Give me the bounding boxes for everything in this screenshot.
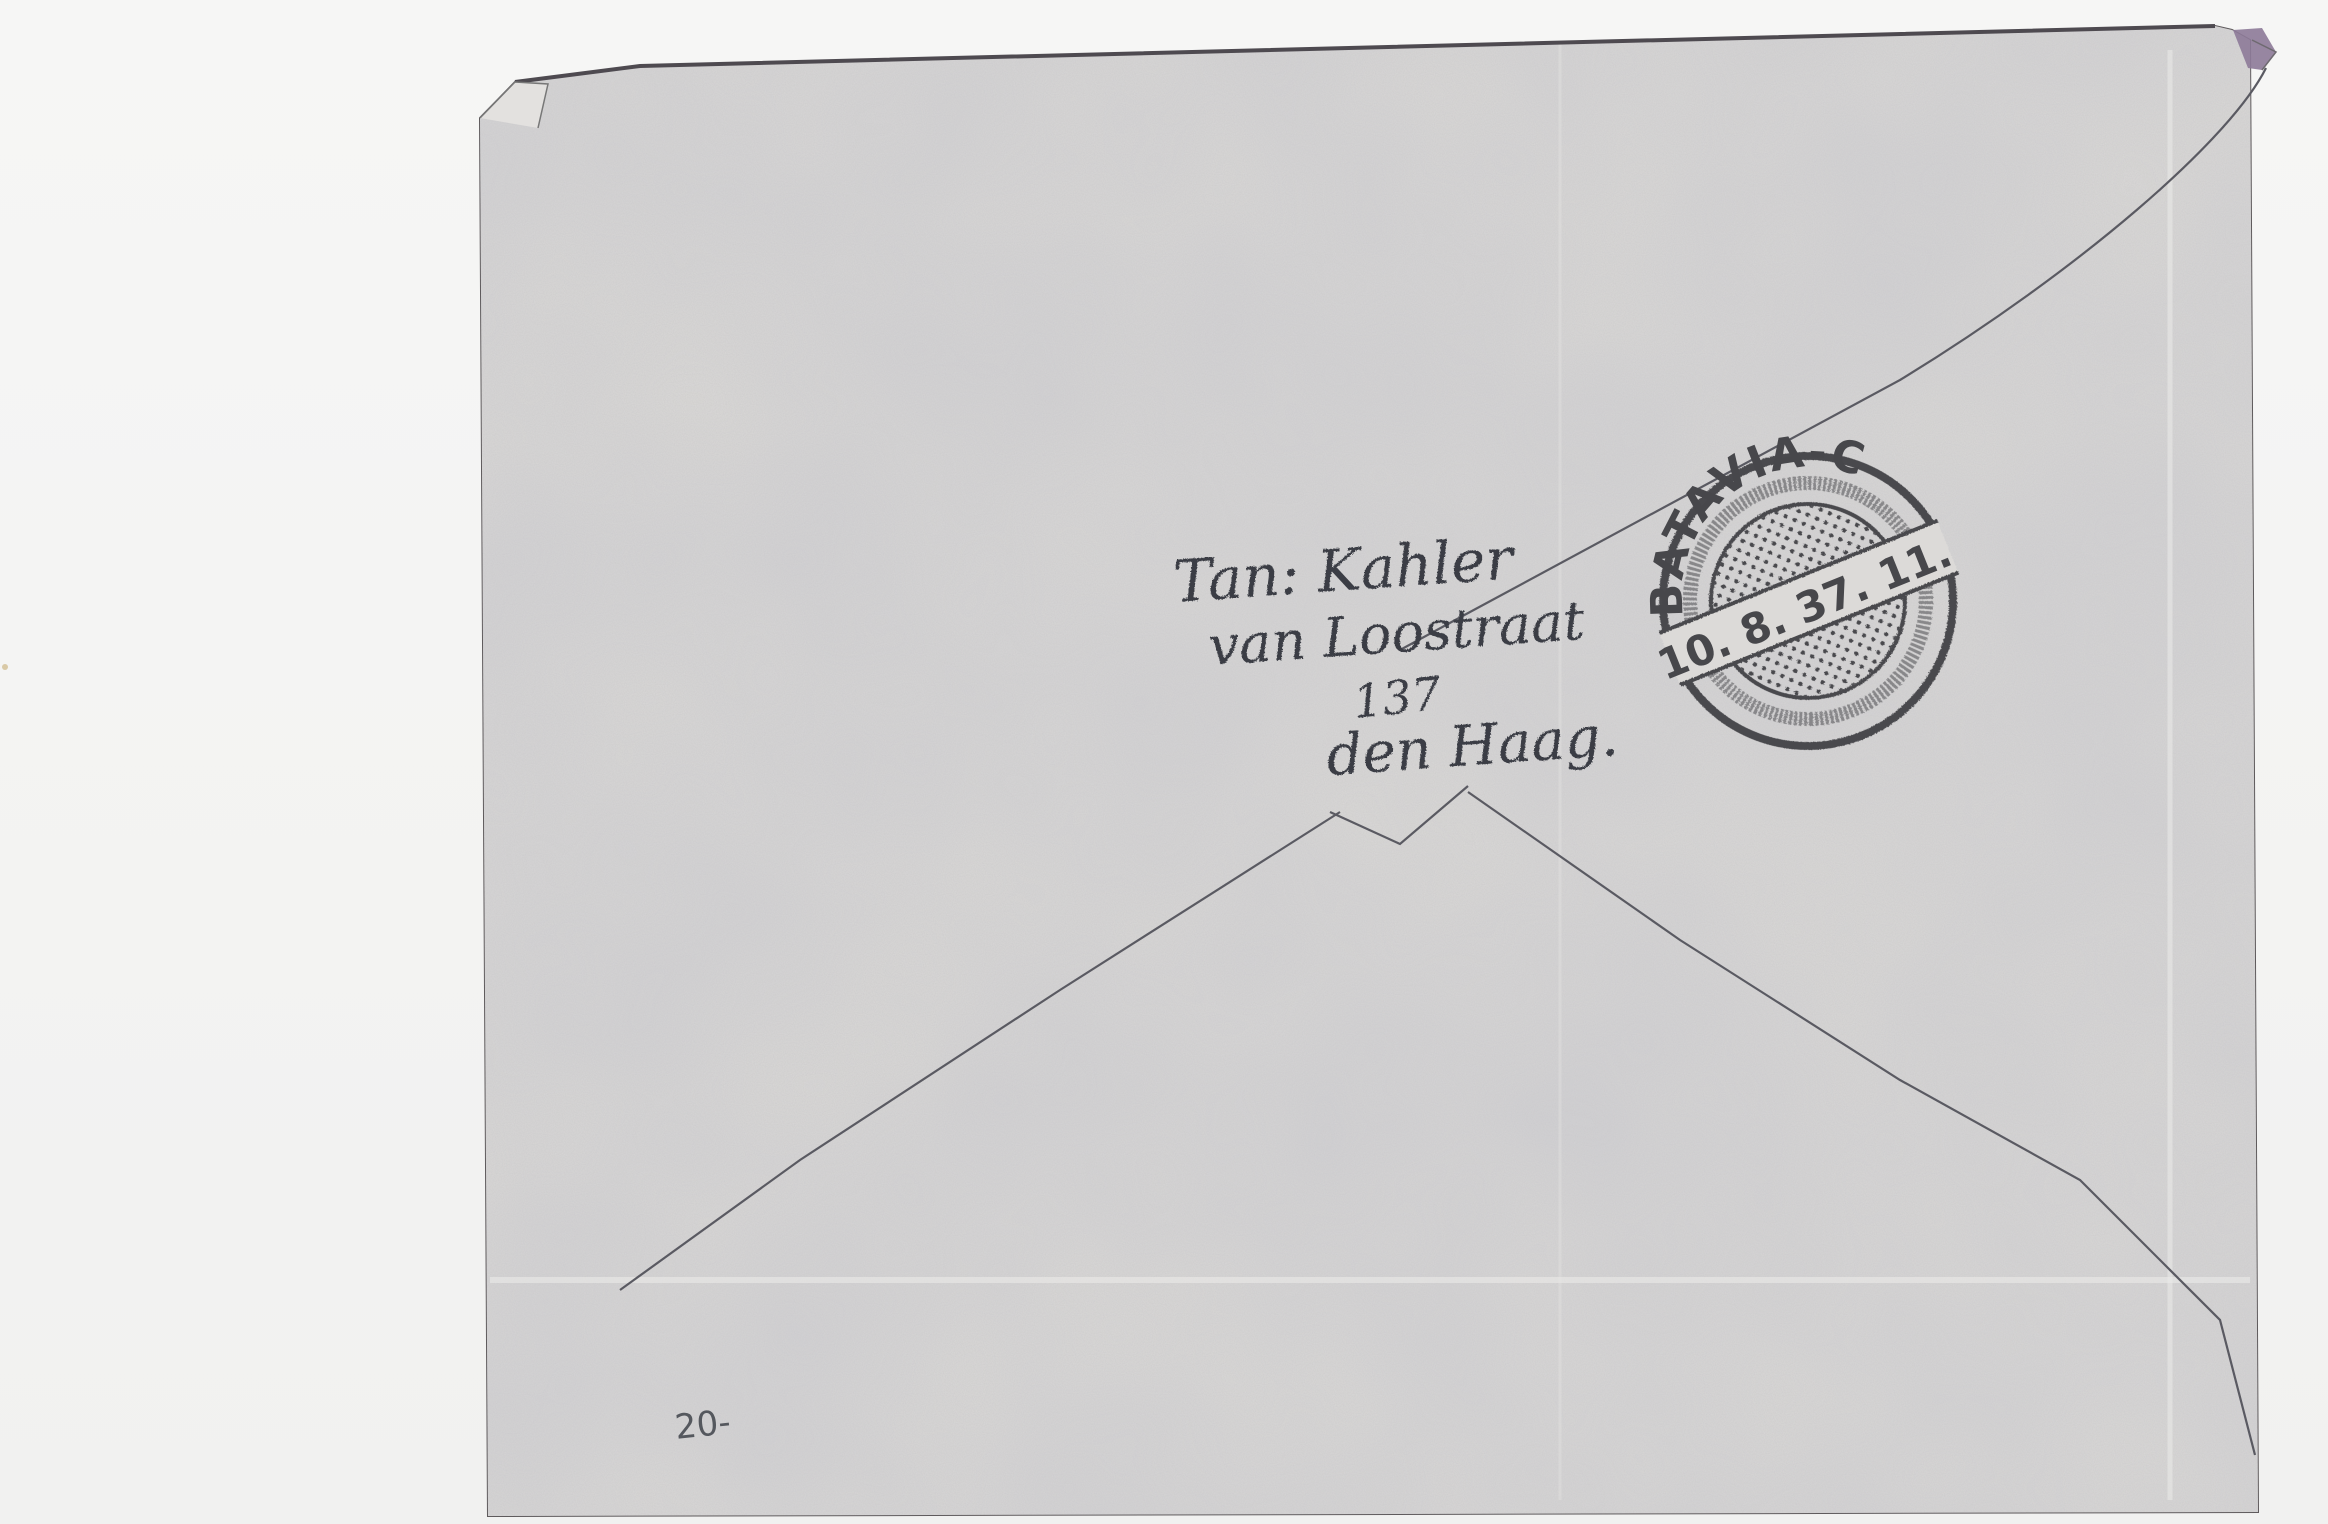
pencil-price-note: 20- [673, 1402, 732, 1448]
envelope-paper [470, 20, 2270, 1520]
envelope-back [0, 0, 2328, 1524]
